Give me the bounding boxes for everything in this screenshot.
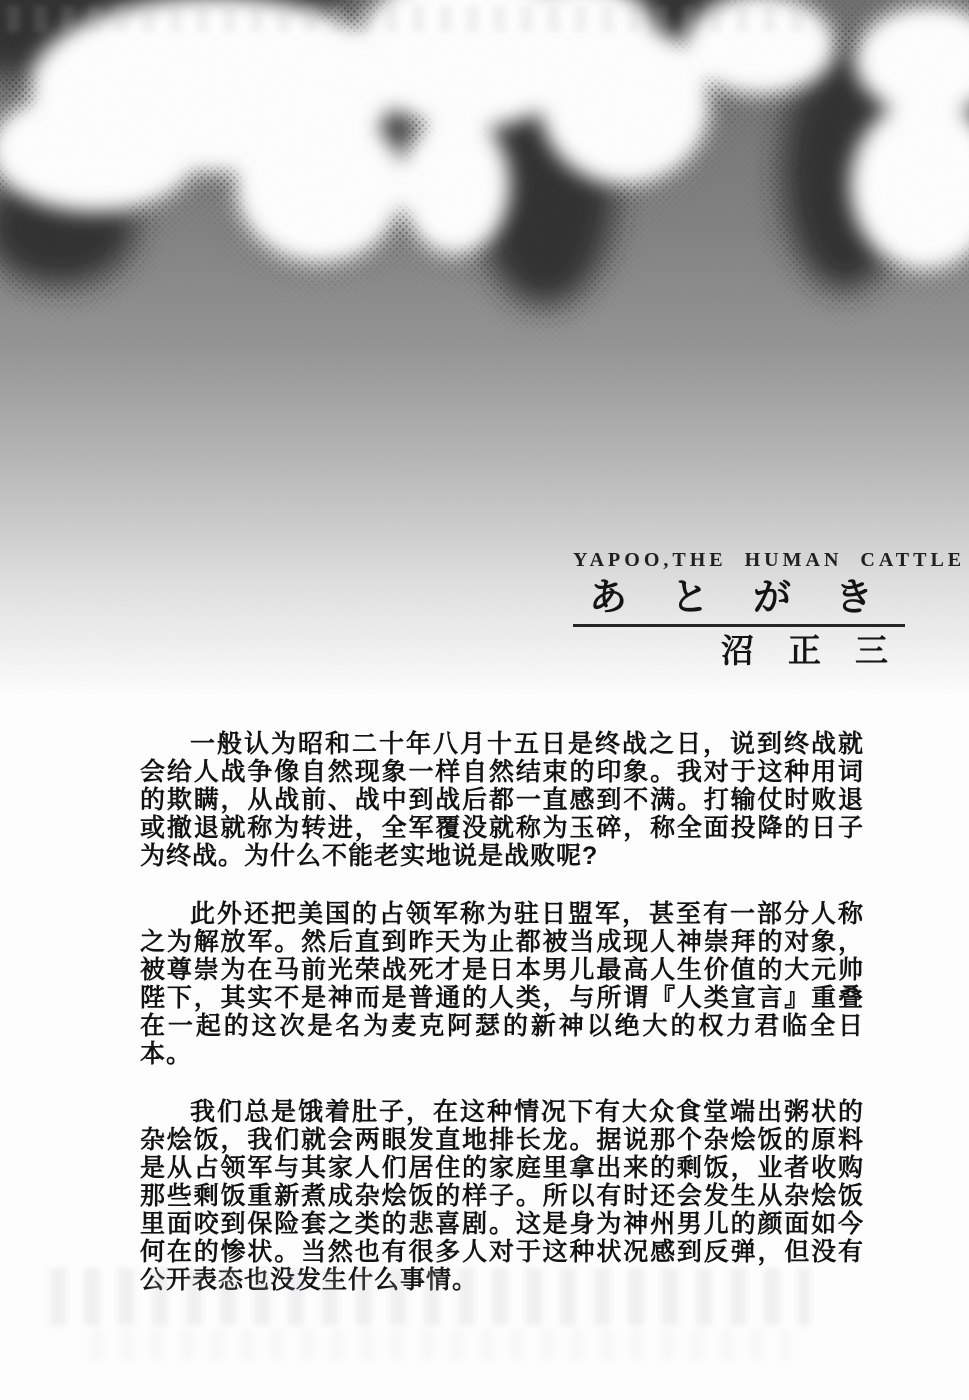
paragraph-1: 一般认为昭和二十年八月十五日是终战之日，说到终战就会给人战争像自然现象一样自然结…	[140, 730, 864, 870]
chapter-title-block: YAPOO,THE HUMAN CATTLE 1 あとがき 沼正三	[573, 549, 933, 667]
chapter-title: あとがき	[589, 579, 933, 617]
book-page: YAPOO,THE HUMAN CATTLE 1 あとがき 沼正三 一般认为昭和…	[0, 0, 969, 1400]
afterword-text-block: 一般认为昭和二十年八月十五日是终战之日，说到终战就会给人战争像自然现象一样自然结…	[140, 690, 864, 1294]
author-name: 沼正三	[721, 634, 933, 667]
chapter-header-banner: YAPOO,THE HUMAN CATTLE 1 あとがき 沼正三	[0, 0, 969, 690]
title-underline-rule	[573, 624, 905, 627]
paragraph-3: 我们总是饿着肚子，在这种情况下有大众食堂端出粥状的杂烩饭，我们就会两眼发直地排长…	[140, 1098, 864, 1294]
series-title: YAPOO,THE HUMAN CATTLE 1	[573, 549, 933, 572]
bleed-through-text-bottom-faint	[90, 1330, 790, 1360]
paragraph-2: 此外还把美国的占领军称为驻日盟军，甚至有一部分人称之为解放军。然后直到昨天为止都…	[140, 900, 864, 1068]
